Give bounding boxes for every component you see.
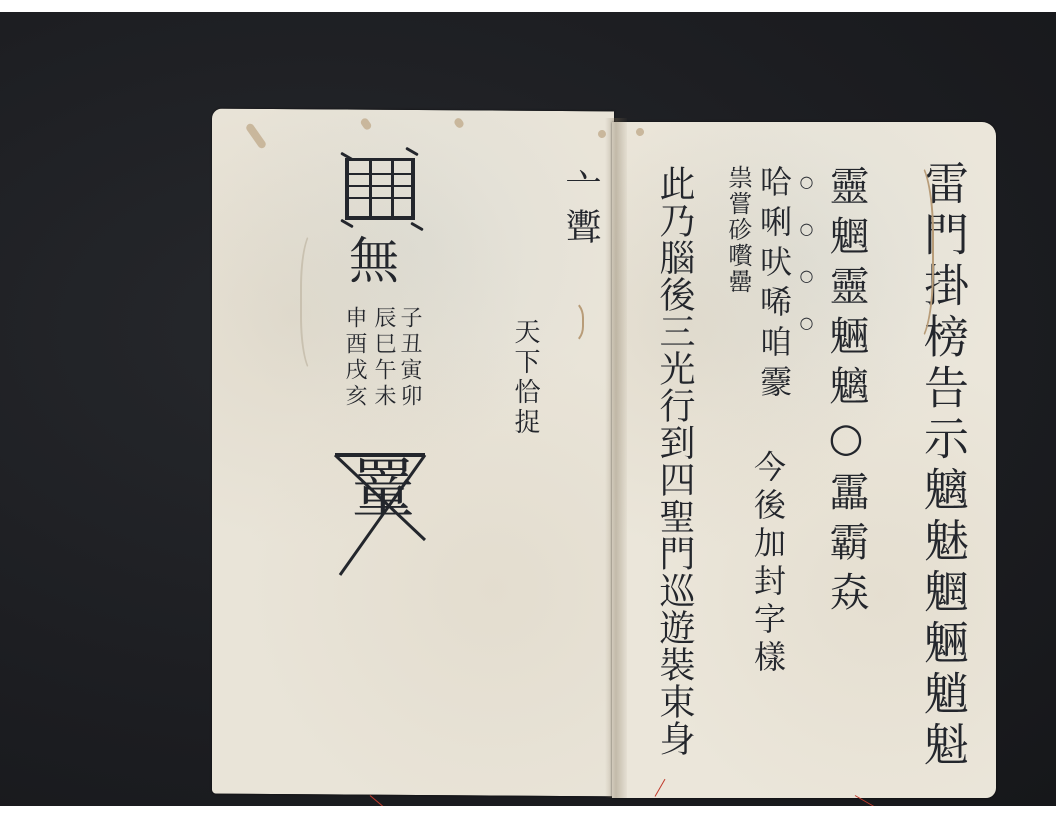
- book-spine: [605, 118, 627, 798]
- bottom-margin: [0, 806, 1056, 816]
- paper-crease: [300, 230, 334, 374]
- right-column-3-lower: 今後加封字樣: [752, 450, 784, 678]
- earthly-branches-3: 申酉戌亥: [343, 306, 365, 410]
- left-heading: 亠聻: [562, 168, 598, 248]
- earthly-branches-2: 辰巳午未: [372, 306, 394, 410]
- right-column-2: 靈魍靈魎魑○靁霸𡘙: [826, 165, 866, 621]
- paper-stain: [550, 300, 584, 344]
- earthly-branches-1: 子丑寅卯: [398, 306, 420, 410]
- right-column-3-side: 祟嘗䂦嚽罍: [726, 165, 750, 295]
- right-column-3-main: 哈唎吠唏咱靀: [758, 165, 790, 405]
- glyph-wu: 無: [345, 234, 395, 290]
- talisman-grid-glyph: [345, 158, 415, 220]
- seal-cross-strokes: [330, 450, 430, 580]
- circle-marks: ○○○○: [798, 172, 814, 360]
- top-margin: [0, 0, 1056, 12]
- left-subtext: 天下恰捉: [512, 318, 538, 438]
- right-column-4: 此乃腦後三光行到四聖門巡遊裝束身: [656, 165, 692, 757]
- paper-stain: [890, 160, 934, 344]
